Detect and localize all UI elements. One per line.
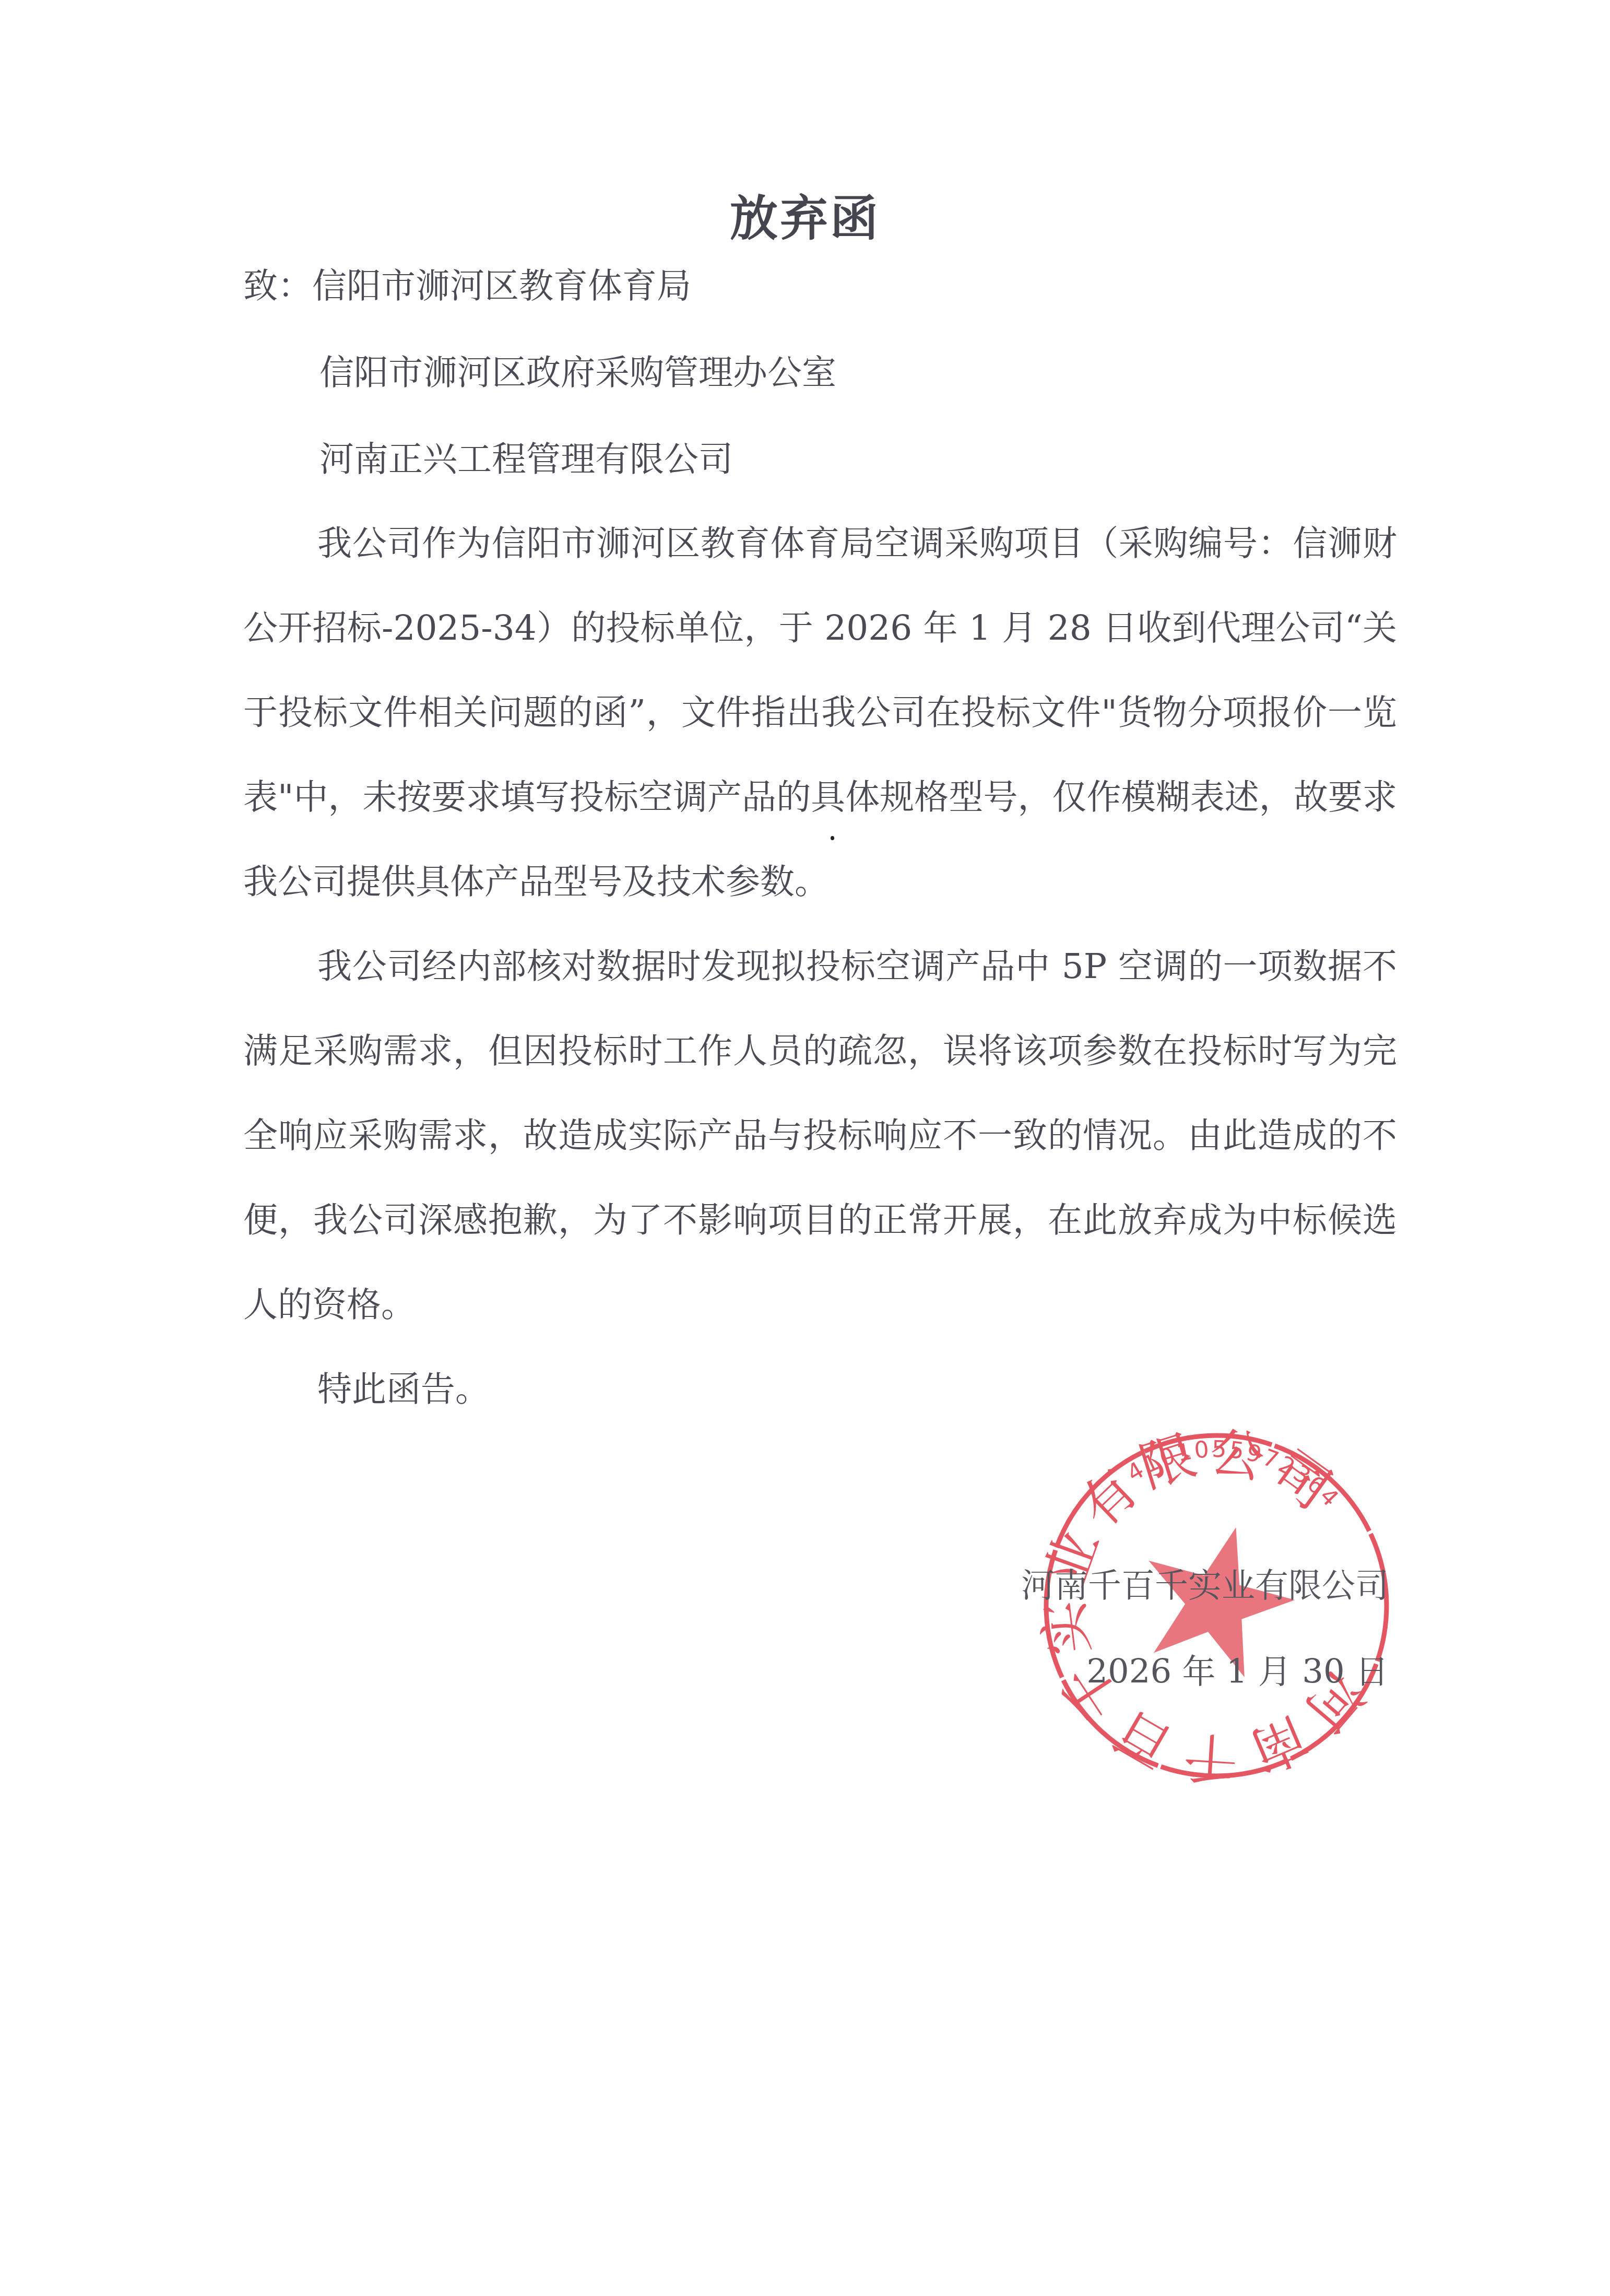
recipient-line-3: 河南正兴工程管理有限公司 <box>319 439 733 480</box>
document-page: 放弃函 致：信阳市浉河区教育体育局 信阳市浉河区政府采购管理办公室 河南正兴工程… <box>0 0 1610 2296</box>
paragraph-1: 我公司作为信阳市浉河区教育体育局空调采购项目（采购编号：信浉财公开招标-2025… <box>243 501 1397 924</box>
scan-speck <box>831 836 834 840</box>
recipient-prefix: 致： <box>243 266 312 306</box>
recipient-line-1: 致：信阳市浉河区教育体育局 <box>243 265 691 307</box>
paragraph-closing: 特此函告。 <box>243 1347 1397 1432</box>
paragraph-2: 我公司经内部核对数据时发现拟投标空调产品中 5P 空调的一项数据不满足采购需求，… <box>243 924 1397 1347</box>
letter-body: 我公司作为信阳市浉河区教育体育局空调采购项目（采购编号：信浉财公开招标-2025… <box>243 501 1397 1432</box>
document-title: 放弃函 <box>0 180 1610 249</box>
recipient-line-2: 信阳市浉河区政府采购管理办公室 <box>319 352 836 394</box>
recipient-name: 信阳市浉河区教育体育局 <box>312 266 691 306</box>
signature-date: 2026 年 1 月 30 日 <box>1086 1645 1389 1693</box>
signature-company: 河南千百千实业有限公司 <box>1021 1559 1389 1607</box>
